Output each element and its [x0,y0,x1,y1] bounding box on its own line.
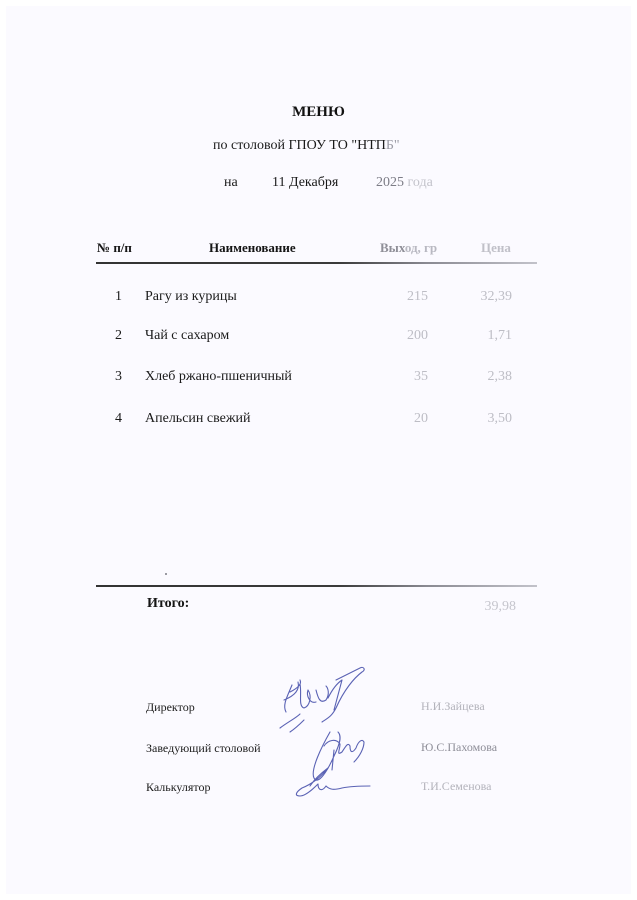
date-year-suffix: года [404,175,433,190]
row-name: Чай с сахаром [145,328,229,344]
signature-role-calculator: Калькулятор [146,780,210,795]
row-number: 4 [115,411,122,427]
signature-name-calculator: Т.И.Семенова [421,779,491,794]
handwritten-signatures [270,660,390,800]
header-divider [96,262,537,264]
row-number: 1 [115,289,122,305]
date-day: 11 Декабря [272,175,338,191]
row-price: 1,71 [470,328,512,344]
row-name: Хлеб ржано-пшеничный [145,369,292,385]
row-price: 2,38 [470,369,512,385]
row-name: Апельсин свежий [145,411,251,427]
row-output: 35 [386,369,428,385]
document-subtitle: по столовой ГПОУ ТО "НТПБ" [213,138,400,154]
date-prefix: на [224,175,238,191]
total-value: 39,98 [470,599,516,615]
signature-role-director: Директор [146,700,195,715]
total-label: Итого: [147,596,189,612]
row-price: 32,39 [470,289,512,305]
signature-name-canteen-head: Ю.С.Пахомова [421,740,497,755]
document-title: МЕНЮ [0,104,637,121]
column-header-name: Наименование [209,240,296,256]
subtitle-text-faded: Б" [386,138,400,153]
column-header-output-faded: од, гр [405,240,437,255]
date-year-value: 2025 [376,175,404,190]
row-number: 2 [115,328,122,344]
signature-name-director: Н.И.Зайцева [421,699,485,714]
column-header-number: № п/п [97,240,132,256]
date-year: 2025 года [376,175,433,191]
signature-role-canteen-head: Заведующий столовой [146,741,261,756]
subtitle-text: по столовой ГПОУ ТО "НТП [213,138,386,153]
column-header-output-text: Вых [380,240,405,255]
column-header-price: Цена [481,240,511,256]
row-output: 215 [386,289,428,305]
row-number: 3 [115,369,122,385]
scan-speck [165,573,167,575]
row-output: 200 [386,328,428,344]
row-output: 20 [386,411,428,427]
total-divider [96,585,537,587]
column-header-output: Выход, гр [380,240,437,256]
row-name: Рагу из курицы [145,289,237,305]
row-price: 3,50 [470,411,512,427]
